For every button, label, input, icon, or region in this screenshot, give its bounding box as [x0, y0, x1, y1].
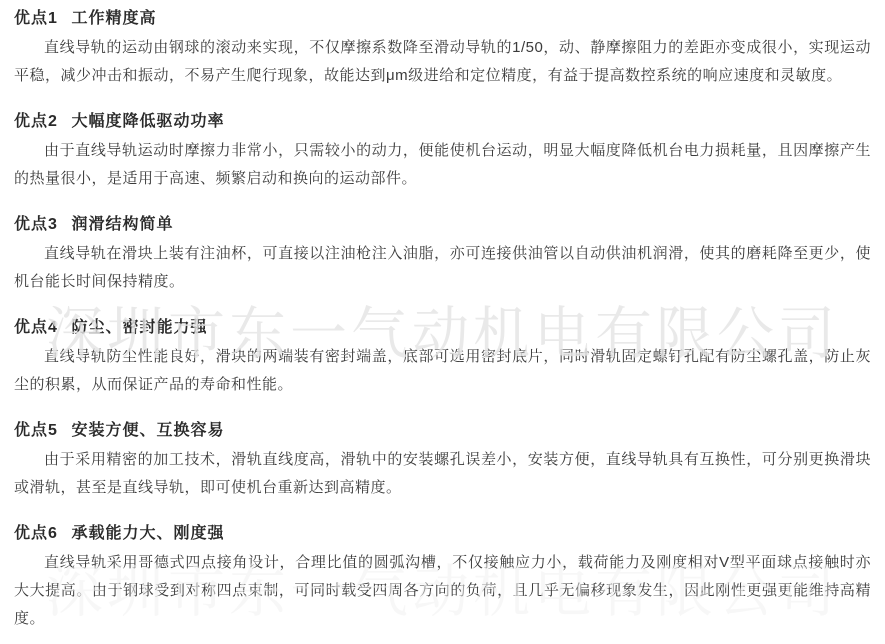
- section-paragraph: 直线导轨在滑块上装有注油杯，可直接以注油枪注入油脂，亦可连接供油管以自动供油机润…: [14, 240, 871, 296]
- section-paragraph: 直线导轨防尘性能良好，滑块的两端装有密封端盖，底部可选用密封底片，同时滑轨固定螺…: [14, 343, 871, 399]
- section-advantage-4: 优点4防尘、密封能力强 直线导轨防尘性能良好，滑块的两端装有密封端盖，底部可选用…: [14, 317, 871, 399]
- section-paragraph: 由于直线导轨运动时摩擦力非常小，只需较小的动力，便能使机台运动，明显大幅度降低机…: [14, 137, 871, 193]
- section-heading: 优点3润滑结构简单: [14, 214, 871, 236]
- document-body: 优点1工作精度高 直线导轨的运动由钢球的滚动来实现，不仅摩擦系数降至滑动导轨的1…: [0, 0, 885, 633]
- section-heading: 优点6承载能力大、刚度强: [14, 523, 871, 545]
- section-title: 大幅度降低驱动功率: [72, 113, 225, 130]
- section-paragraph: 直线导轨采用哥德式四点接角设计，合理比值的圆弧沟槽，不仅接触应力小，载荷能力及刚…: [14, 549, 871, 633]
- section-title: 工作精度高: [72, 10, 157, 27]
- section-number: 优点4: [14, 319, 58, 336]
- section-paragraph: 由于采用精密的加工技术，滑轨直线度高，滑轨中的安装螺孔误差小，安装方便，直线导轨…: [14, 446, 871, 502]
- section-number: 优点6: [14, 525, 58, 542]
- section-heading: 优点5安装方便、互换容易: [14, 420, 871, 442]
- section-heading: 优点2大幅度降低驱动功率: [14, 111, 871, 133]
- section-advantage-6: 优点6承载能力大、刚度强 直线导轨采用哥德式四点接角设计，合理比值的圆弧沟槽，不…: [14, 523, 871, 633]
- section-number: 优点2: [14, 113, 58, 130]
- section-advantage-3: 优点3润滑结构简单 直线导轨在滑块上装有注油杯，可直接以注油枪注入油脂，亦可连接…: [14, 214, 871, 296]
- section-advantage-1: 优点1工作精度高 直线导轨的运动由钢球的滚动来实现，不仅摩擦系数降至滑动导轨的1…: [14, 8, 871, 90]
- section-title: 安装方便、互换容易: [72, 422, 225, 439]
- section-number: 优点5: [14, 422, 58, 439]
- section-number: 优点3: [14, 216, 58, 233]
- section-heading: 优点4防尘、密封能力强: [14, 317, 871, 339]
- section-advantage-2: 优点2大幅度降低驱动功率 由于直线导轨运动时摩擦力非常小，只需较小的动力，便能使…: [14, 111, 871, 193]
- section-title: 防尘、密封能力强: [72, 319, 208, 336]
- section-number: 优点1: [14, 10, 58, 27]
- section-advantage-5: 优点5安装方便、互换容易 由于采用精密的加工技术，滑轨直线度高，滑轨中的安装螺孔…: [14, 420, 871, 502]
- section-title: 润滑结构简单: [72, 216, 174, 233]
- section-title: 承载能力大、刚度强: [72, 525, 225, 542]
- section-heading: 优点1工作精度高: [14, 8, 871, 30]
- section-paragraph: 直线导轨的运动由钢球的滚动来实现，不仅摩擦系数降至滑动导轨的1/50，动、静摩擦…: [14, 34, 871, 90]
